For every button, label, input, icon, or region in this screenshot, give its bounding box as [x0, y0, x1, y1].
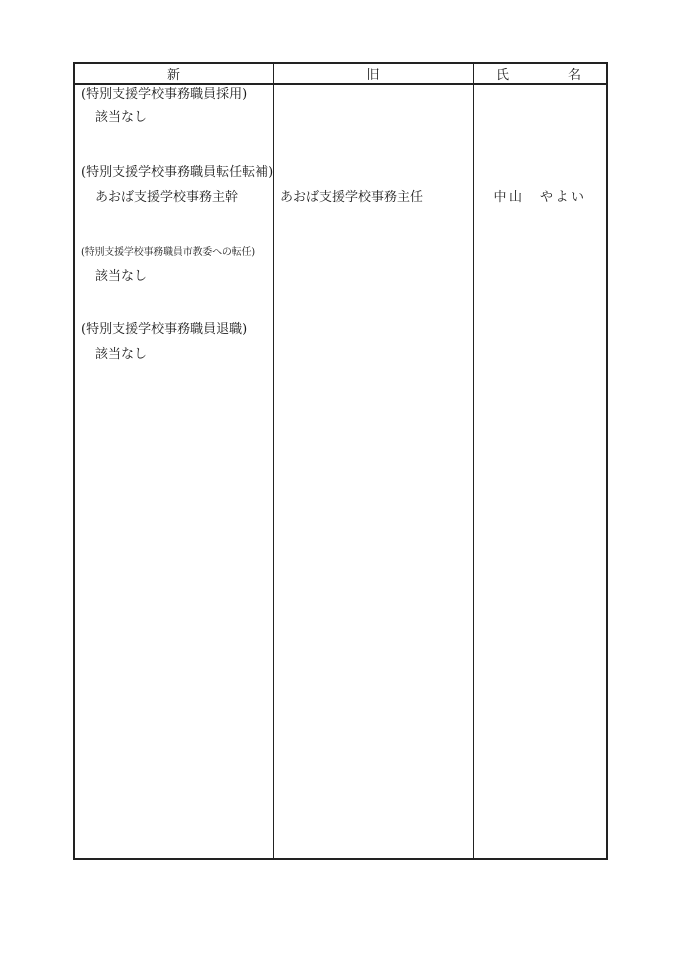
table-body: (特別支援学校事務職員採用) 該当なし (特別支援学校事務職員転任転補) あおば…	[75, 85, 606, 858]
header-new-column: 新	[75, 64, 274, 83]
section-value-tennin-old: あおば支援学校事務主任	[280, 190, 423, 206]
section-value-shikyoi-new: 該当なし	[95, 269, 147, 285]
document-page: 新 旧 氏 名 (特別支援学校事務職員採用) 該当なし (特別支援学校事務職員転…	[0, 0, 680, 961]
section-heading-saiyo: (特別支援学校事務職員採用)	[81, 87, 247, 103]
section-heading-shikyoi-tennin: (特別支援学校事務職員市教委への転任)	[81, 245, 255, 261]
section-value-taishoku-new: 該当なし	[95, 347, 147, 363]
header-new-label: 新	[167, 64, 181, 83]
header-old-label: 旧	[366, 64, 380, 83]
header-name-second-label: 名	[568, 64, 582, 83]
section-value-tennin-new: あおば支援学校事務主幹	[95, 190, 238, 206]
table-header-row: 新 旧 氏 名	[75, 64, 606, 85]
header-old-column: 旧	[274, 64, 474, 83]
section-heading-taishoku: (特別支援学校事務職員退職)	[81, 322, 247, 338]
header-name-first-label: 氏	[496, 64, 510, 83]
column-name-cell: 中山 やよい	[474, 85, 606, 858]
column-new-cell: (特別支援学校事務職員採用) 該当なし (特別支援学校事務職員転任転補) あおば…	[75, 85, 274, 858]
section-value-saiyo-new: 該当なし	[95, 110, 147, 126]
section-value-tennin-name: 中山 やよい	[474, 190, 606, 206]
column-old-cell: あおば支援学校事務主任	[274, 85, 474, 858]
personnel-change-table: 新 旧 氏 名 (特別支援学校事務職員採用) 該当なし (特別支援学校事務職員転…	[73, 62, 608, 860]
section-heading-tennin-tenpo: (特別支援学校事務職員転任転補)	[81, 165, 273, 181]
header-name-column: 氏 名	[474, 64, 606, 83]
